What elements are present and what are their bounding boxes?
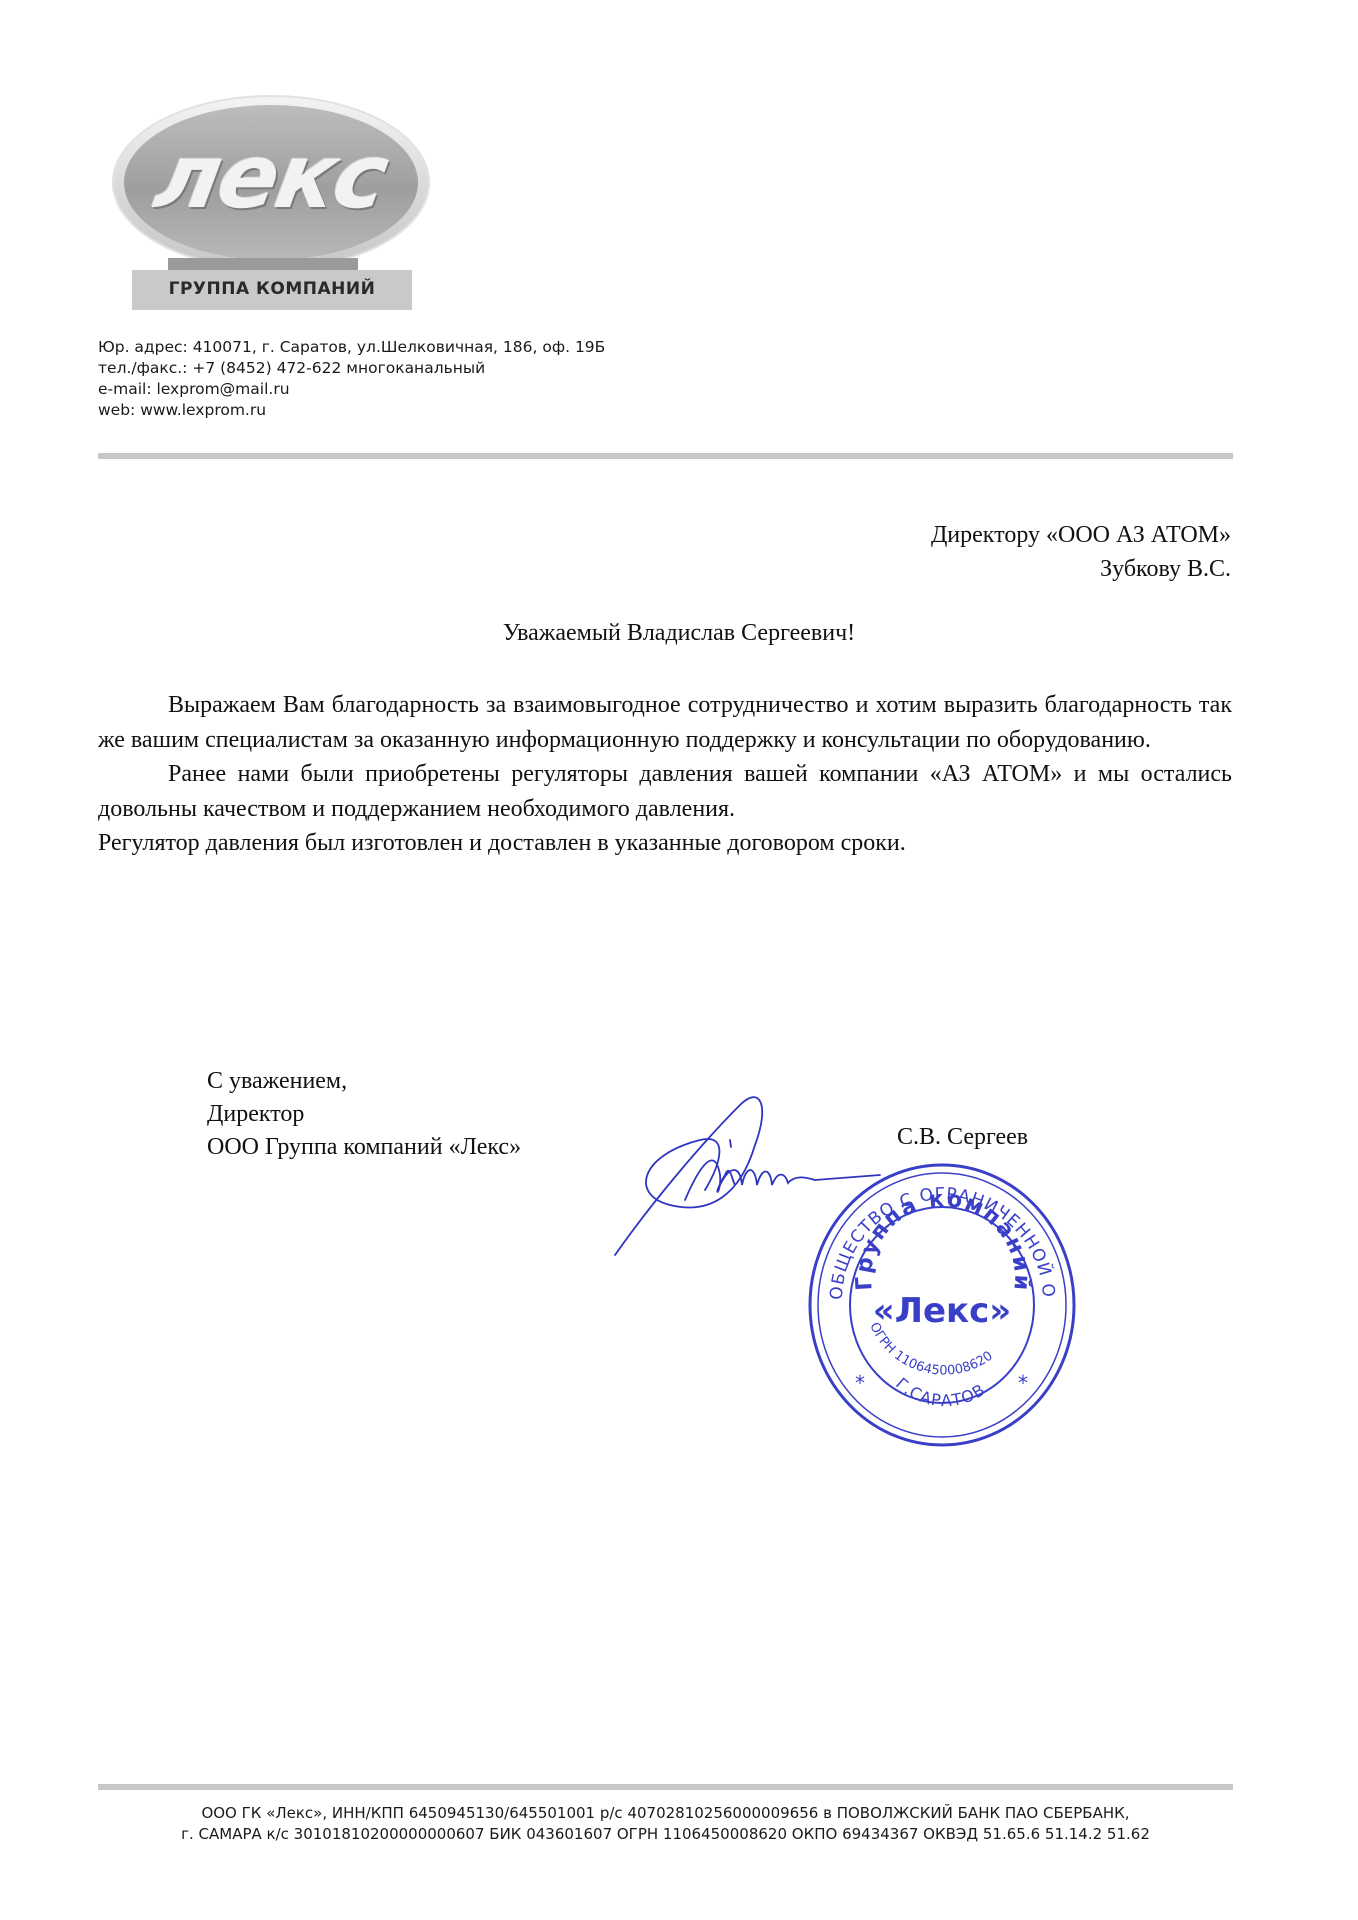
salutation: Уважаемый Владислав Сергеевич! <box>0 620 1358 647</box>
footer-divider <box>98 1784 1233 1790</box>
recipient-name: Зубкову В.С. <box>931 552 1231 586</box>
header-divider <box>98 453 1233 459</box>
svg-text:Г.САРАТОВ: Г.САРАТОВ <box>892 1374 989 1410</box>
stamp-star-left: * <box>855 1371 865 1395</box>
letter-body: Выражаем Вам благодарность за взаимовыго… <box>98 688 1232 861</box>
stamp-center-text: «Лекс» <box>873 1291 1011 1331</box>
stamp-city: Г.САРАТОВ <box>892 1374 989 1410</box>
logo-wordmark: лекс <box>103 125 439 228</box>
header-contacts: Юр. адрес: 410071, г. Саратов, ул.Шелков… <box>98 337 605 421</box>
closing-position: Директор <box>207 1098 521 1131</box>
closing-block: С уважением, Директор ООО Группа компани… <box>207 1065 521 1164</box>
recipient-block: Директору «ООО АЗ АТОМ» Зубкову В.С. <box>931 518 1231 586</box>
stamp-star-right: * <box>1018 1371 1028 1395</box>
website: web: www.lexprom.ru <box>98 400 605 421</box>
company-stamp-icon: ОБЩЕСТВО С ОГРАНИЧЕННОЙ ОТВЕТСТВЕННОСТЬЮ… <box>800 1150 1085 1450</box>
svg-text:Группа компаний: Группа компаний <box>852 1187 1035 1293</box>
paragraph: Регулятор давления был изготовлен и дост… <box>98 826 1232 861</box>
logo-stem <box>168 258 358 270</box>
recipient-position: Директору «ООО АЗ АТОМ» <box>931 518 1231 552</box>
company-logo: лекс ГРУППА КОМПАНИЙ <box>112 95 430 317</box>
logo-subtitle: ГРУППА КОМПАНИЙ <box>132 279 412 299</box>
signer-name: С.В. Сергеев <box>897 1124 1028 1151</box>
email: e-mail: lexprom@mail.ru <box>98 379 605 400</box>
closing-regards: С уважением, <box>207 1065 521 1098</box>
phone-fax: тел./факс.: +7 (8452) 472-622 многоканал… <box>98 358 605 379</box>
paragraph: Выражаем Вам благодарность за взаимовыго… <box>98 688 1232 757</box>
paragraph: Ранее нами были приобретены регуляторы д… <box>98 757 1232 826</box>
footer-line-1: ООО ГК «Лекс», ИНН/КПП 6450945130/645501… <box>98 1803 1233 1824</box>
stamp-inner-text: Группа компаний <box>852 1187 1035 1293</box>
closing-company: ООО Группа компаний «Лекс» <box>207 1131 521 1164</box>
footer-line-2: г. САМАРА к/с 30101810200000000607 БИК 0… <box>98 1824 1233 1845</box>
legal-address: Юр. адрес: 410071, г. Саратов, ул.Шелков… <box>98 337 605 358</box>
footer-requisites: ООО ГК «Лекс», ИНН/КПП 6450945130/645501… <box>98 1803 1233 1845</box>
